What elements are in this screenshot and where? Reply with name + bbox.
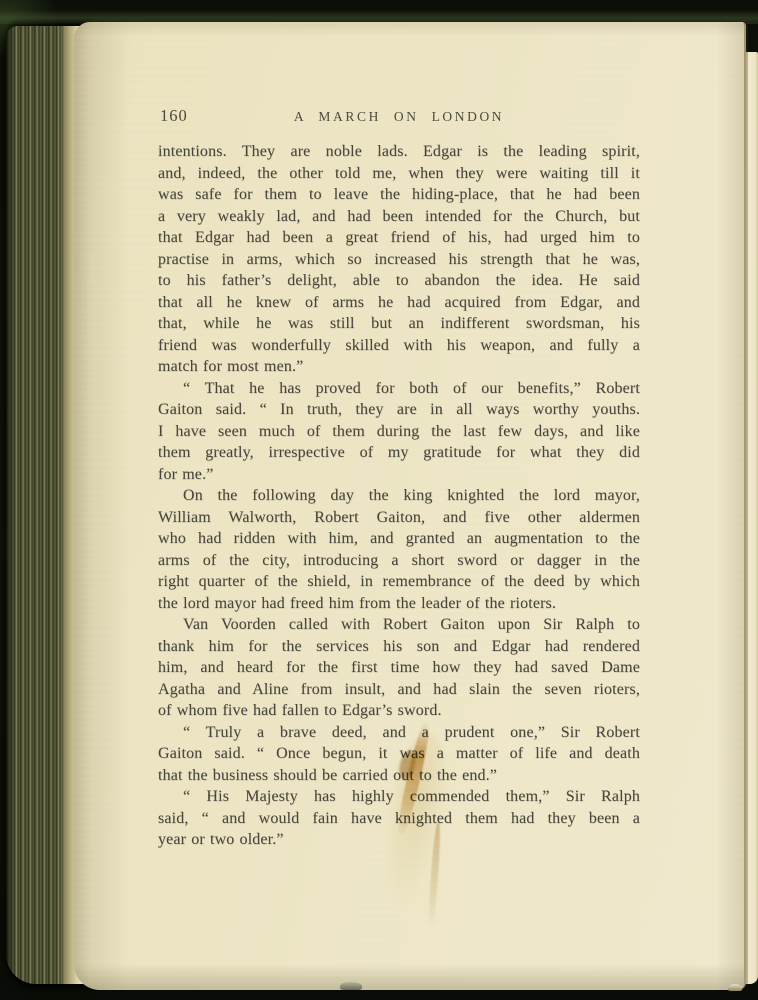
text-line: year or two older.”	[158, 829, 640, 851]
text-line: for me.”	[158, 464, 640, 486]
text-line: intentions. They are noble lads. Edgar i…	[158, 141, 640, 163]
text-line: them greatly, irrespective of my gratitu…	[158, 442, 640, 464]
text-line: I have seen much of them during the last…	[158, 421, 640, 443]
book-page: 160 A MARCH ON LONDON intentions. They a…	[74, 22, 746, 990]
text-line: was safe for them to leave the hiding-pl…	[158, 184, 640, 206]
text-line: “ That he has proved for both of our ben…	[158, 378, 640, 400]
text-line: Gaiton said. “ Once begun, it was a matt…	[158, 743, 640, 765]
paragraph: On the following day the king knighted t…	[158, 485, 640, 614]
text-line: and, indeed, the other told me, when the…	[158, 163, 640, 185]
text-line: of whom five had fallen to Edgar’s sword…	[158, 700, 640, 722]
book-scan: 160 A MARCH ON LONDON intentions. They a…	[0, 0, 758, 1000]
text-line: that all he knew of arms he had acquired…	[158, 292, 640, 314]
page-curl	[340, 982, 362, 990]
running-header: A MARCH ON LONDON	[158, 106, 640, 125]
page-edges-right	[744, 52, 758, 984]
text-line: arms of the city, introducing a short sw…	[158, 550, 640, 572]
text-line: practise in arms, which so increased his…	[158, 249, 640, 271]
text-line: that Edgar had been a great friend of hi…	[158, 227, 640, 249]
text-line: “ Truly a brave deed, and a prudent one,…	[158, 722, 640, 744]
page-number: 160	[160, 106, 188, 126]
text-line: who had ridden with him, and granted an …	[158, 528, 640, 550]
text-line: a very weakly lad, and had been intended…	[158, 206, 640, 228]
text-line: right quarter of the shield, in remembra…	[158, 571, 640, 593]
page-curl	[728, 984, 742, 991]
paragraph: “ That he has proved for both of our ben…	[158, 378, 640, 486]
text-line: that the business should be carried out …	[158, 765, 640, 787]
text-block: intentions. They are noble lads. Edgar i…	[158, 141, 640, 851]
text-line: Agatha and Aline from insult, and had sl…	[158, 679, 640, 701]
paragraph: “ Truly a brave deed, and a prudent one,…	[158, 722, 640, 787]
text-line: William Walworth, Robert Gaiton, and fiv…	[158, 507, 640, 529]
text-line: that, while he was still but an indiffer…	[158, 313, 640, 335]
text-line: said, “ and would fain have knighted the…	[158, 808, 640, 830]
page-header: 160 A MARCH ON LONDON	[158, 106, 640, 128]
text-line: him, and heard for the first time how th…	[158, 657, 640, 679]
text-line: friend was wonderfully skilled with his …	[158, 335, 640, 357]
text-line: the lord mayor had freed him from the le…	[158, 593, 640, 615]
text-line: thank him for the services his son and E…	[158, 636, 640, 658]
text-line: “ His Majesty has highly commended them,…	[158, 786, 640, 808]
text-line: On the following day the king knighted t…	[158, 485, 640, 507]
text-line: Van Voorden called with Robert Gaiton up…	[158, 614, 640, 636]
text-line: to his father’s delight, able to abandon…	[158, 270, 640, 292]
paragraph: intentions. They are noble lads. Edgar i…	[158, 141, 640, 378]
text-line: match for most men.”	[158, 356, 640, 378]
paragraph: “ His Majesty has highly commended them,…	[158, 786, 640, 851]
paragraph: Van Voorden called with Robert Gaiton up…	[158, 614, 640, 722]
text-line: Gaiton said. “ In truth, they are in all…	[158, 399, 640, 421]
